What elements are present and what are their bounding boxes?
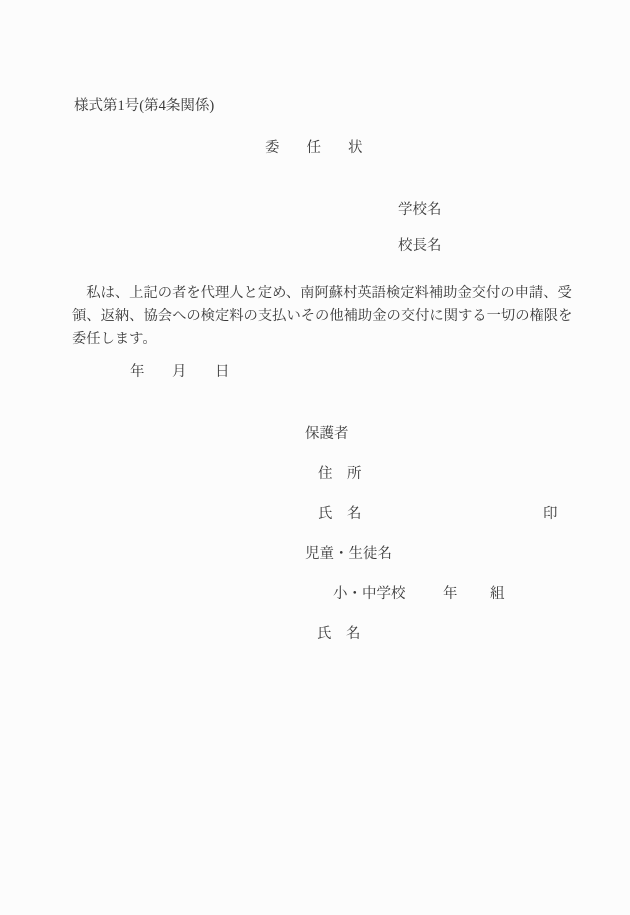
principal-name-label: 校長名 — [398, 239, 442, 254]
guardian-address-label: 住 所 — [318, 467, 362, 482]
body-line-3: 委任します。 — [72, 328, 577, 351]
body-line-1: 私は、上記の者を代理人と定め、南阿蘇村英語検定料補助金交付の申請、受 — [72, 282, 577, 305]
seal-mark: 印 — [543, 507, 558, 522]
student-grade-label: 年 — [443, 587, 458, 602]
form-number: 様式第1号(第4条関係) — [74, 99, 214, 114]
school-name-label: 学校名 — [398, 203, 442, 218]
proxy-form-page: 様式第1号(第4条関係) 委任状 学校名 校長名 私は、上記の者を代理人と定め、… — [0, 0, 630, 915]
guardian-name-label: 氏 名 — [318, 507, 362, 522]
student-name-label: 氏 名 — [317, 627, 361, 642]
date-year-label: 年 — [130, 365, 145, 380]
student-section-label: 児童・生徒名 — [305, 547, 392, 562]
date-month-label: 月 — [172, 365, 187, 380]
body-paragraph: 私は、上記の者を代理人と定め、南阿蘇村英語検定料補助金交付の申請、受 領、返納、… — [72, 282, 577, 351]
body-line-2: 領、返納、協会への検定料の支払いその他補助金の交付に関する一切の権限を — [72, 305, 577, 328]
student-school-label: 小・中学校 — [333, 587, 406, 602]
student-class-label: 組 — [490, 587, 505, 602]
date-day-label: 日 — [215, 365, 230, 380]
document-title: 委任状 — [265, 141, 390, 156]
guardian-section-label: 保護者 — [305, 427, 349, 442]
